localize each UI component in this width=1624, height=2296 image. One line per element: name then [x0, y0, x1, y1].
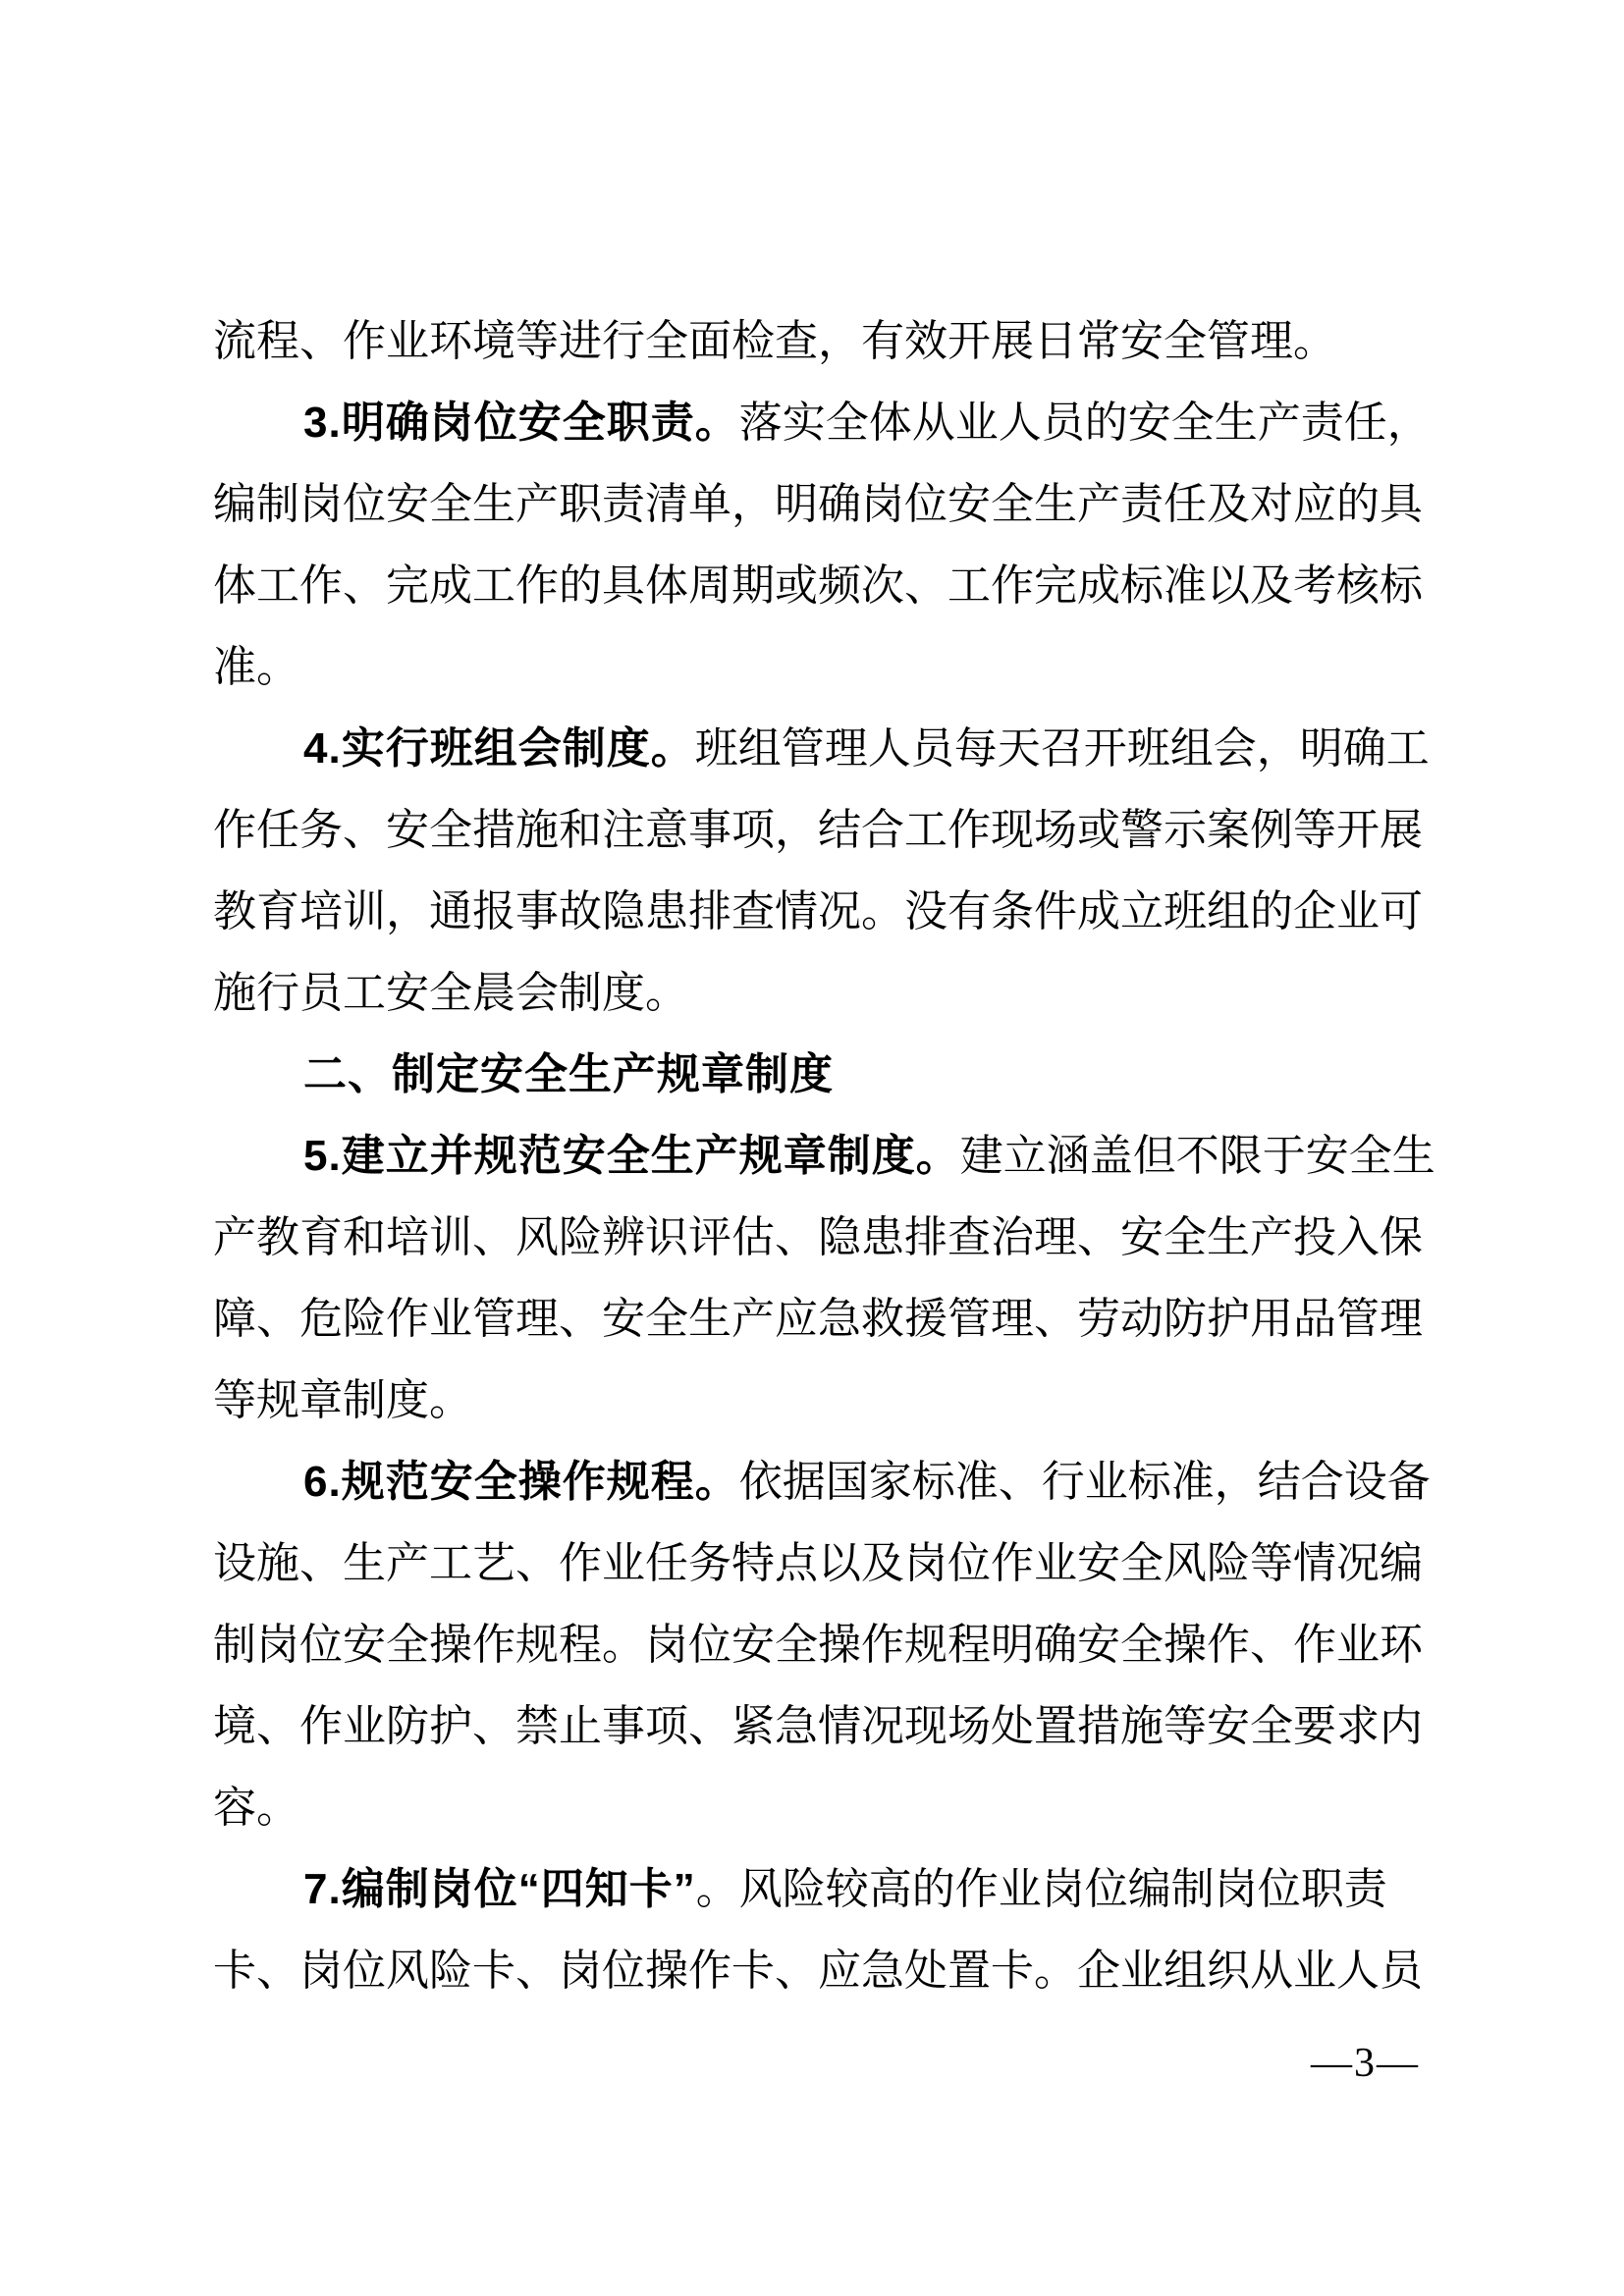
text-line: 施行员工安全晨会制度。: [213, 952, 1426, 1034]
text-line: 设施、生产工艺、作业任务特点以及岗位作业安全风险等情况编: [213, 1522, 1426, 1604]
text-line: 编制岗位安全生产职责清单，明确岗位安全生产责任及对应的具: [213, 463, 1426, 545]
body-text: 准。: [213, 643, 299, 691]
body-text: 制岗位安全操作规程。岗位安全操作规程明确安全操作、作业环: [213, 1621, 1423, 1669]
text-line: 6.规范安全操作规程。依据国家标准、行业标准，结合设备: [213, 1441, 1426, 1522]
body-text: 编制岗位安全生产职责清单，明确岗位安全生产责任及对应的具: [213, 480, 1423, 528]
body-text: 作任务、安全措施和注意事项，结合工作现场或警示案例等开展: [213, 806, 1423, 854]
text-line: 7.编制岗位“四知卡”。风险较高的作业岗位编制岗位职责: [213, 1848, 1426, 1930]
text-line: 准。: [213, 626, 1426, 708]
body-text: 施行员工安全晨会制度。: [213, 969, 688, 1017]
body-text: 班组管理人员每天召开班组会，明确工: [695, 724, 1430, 773]
body-text: 容。: [213, 1784, 299, 1832]
text-line: 流程、作业环境等进行全面检查，有效开展日常安全管理。: [213, 300, 1426, 382]
text-line: 教育培训，通报事故隐患排查情况。没有条件成立班组的企业可: [213, 871, 1426, 952]
text-line: 境、作业防护、禁止事项、紧急情况现场处置措施等安全要求内: [213, 1685, 1426, 1767]
text-line: 产教育和培训、风险辨识评估、隐患排查治理、安全生产投入保: [213, 1197, 1426, 1278]
body-text: 等规章制度。: [213, 1376, 472, 1424]
body-text: 教育培训，通报事故隐患排查情况。没有条件成立班组的企业可: [213, 887, 1423, 935]
document-body: 流程、作业环境等进行全面检查，有效开展日常安全管理。3.明确岗位安全职责。落实全…: [213, 300, 1426, 2011]
body-text: 流程、作业环境等进行全面检查，有效开展日常安全管理。: [213, 317, 1336, 365]
text-line: 容。: [213, 1767, 1426, 1848]
emphasis-text: 4.实行班组会制度。: [303, 724, 695, 773]
text-line: 卡、岗位风险卡、岗位操作卡、应急处置卡。企业组织从业人员: [213, 1930, 1426, 2011]
text-line: 制岗位安全操作规程。岗位安全操作规程明确安全操作、作业环: [213, 1604, 1426, 1685]
emphasis-text: 二、制定安全生产规章制度: [303, 1050, 834, 1098]
body-text: 。风险较高的作业岗位编制岗位职责: [696, 1865, 1387, 1913]
body-text: 设施、生产工艺、作业任务特点以及岗位作业安全风险等情况编: [213, 1539, 1423, 1587]
text-line: 5.建立并规范安全生产规章制度。建立涵盖但不限于安全生: [213, 1115, 1426, 1197]
text-line: 二、制定安全生产规章制度: [213, 1034, 1426, 1115]
text-line: 作任务、安全措施和注意事项，结合工作现场或警示案例等开展: [213, 789, 1426, 871]
text-line: 3.明确岗位安全职责。落实全体从业人员的安全生产责任，: [213, 382, 1426, 463]
body-text: 产教育和培训、风险辨识评估、隐患排查治理、安全生产投入保: [213, 1213, 1423, 1261]
body-text: 建立涵盖但不限于安全生: [960, 1132, 1435, 1180]
body-text: 境、作业防护、禁止事项、紧急情况现场处置措施等安全要求内: [213, 1702, 1423, 1750]
document-page: 流程、作业环境等进行全面检查，有效开展日常安全管理。3.明确岗位安全职责。落实全…: [0, 0, 1624, 2296]
text-line: 障、危险作业管理、安全生产应急救援管理、劳动防护用品管理: [213, 1278, 1426, 1360]
text-line: 4.实行班组会制度。班组管理人员每天召开班组会，明确工: [213, 708, 1426, 789]
body-text: 障、危险作业管理、安全生产应急救援管理、劳动防护用品管理: [213, 1295, 1423, 1343]
body-text: 依据国家标准、行业标准，结合设备: [739, 1458, 1431, 1506]
page-number: —3—: [1311, 2040, 1420, 2087]
emphasis-text: 5.建立并规范安全生产规章制度。: [303, 1132, 960, 1180]
body-text: 卡、岗位风险卡、岗位操作卡、应急处置卡。企业组织从业人员: [213, 1947, 1423, 1995]
text-line: 等规章制度。: [213, 1360, 1426, 1441]
text-line: 体工作、完成工作的具体周期或频次、工作完成标准以及考核标: [213, 545, 1426, 626]
emphasis-text: 6.规范安全操作规程。: [303, 1458, 739, 1506]
emphasis-text: 3.明确岗位安全职责。: [303, 399, 739, 447]
body-text: 落实全体从业人员的安全生产责任，: [739, 399, 1431, 447]
body-text: 体工作、完成工作的具体周期或频次、工作完成标准以及考核标: [213, 561, 1423, 610]
emphasis-text: 7.编制岗位“四知卡”: [303, 1865, 696, 1913]
